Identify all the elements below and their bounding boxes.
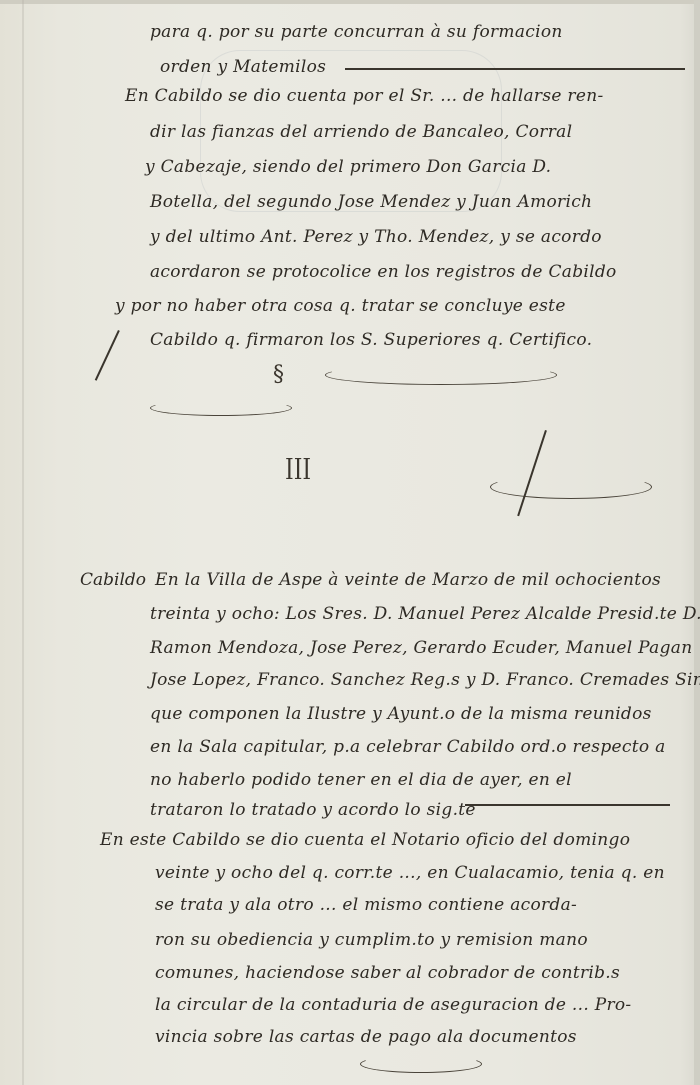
signature-flourish bbox=[490, 475, 652, 499]
text-line: comunes, haciendose saber al cobrador de… bbox=[155, 963, 620, 983]
text-line: Cabildo q. firmaron los S. Superiores q.… bbox=[150, 330, 592, 350]
text-line: ron su obediencia y cumplim.to y remisio… bbox=[155, 930, 588, 950]
text-line: Botella, del segundo Jose Mendez y Juan … bbox=[150, 192, 592, 212]
end-rule bbox=[345, 68, 685, 70]
signature-stroke bbox=[95, 330, 120, 381]
margin-label: Cabildo bbox=[80, 570, 146, 590]
text-line: acordaron se protocolice en los registro… bbox=[150, 262, 617, 282]
signature-stroke bbox=[517, 430, 547, 516]
text-line: y Cabezaje, siendo del primero Don Garci… bbox=[145, 157, 551, 177]
text-line: En Cabildo se dio cuenta por el Sr. ... … bbox=[125, 86, 604, 106]
manuscript-page: para q. por su parte concurran à su form… bbox=[0, 0, 700, 1085]
end-flourish bbox=[360, 1055, 482, 1073]
end-rule bbox=[465, 804, 670, 806]
text-line: vincia sobre las cartas de pago ala docu… bbox=[155, 1027, 577, 1047]
signature-flourish bbox=[325, 365, 557, 385]
rubric-mark: § bbox=[273, 362, 284, 387]
text-line: orden y Matemilos bbox=[160, 57, 326, 77]
page-top-edge bbox=[0, 0, 700, 4]
text-line: dir las fianzas del arriendo de Bancaleo… bbox=[150, 122, 572, 142]
text-line: en la Sala capitular, p.a celebrar Cabil… bbox=[150, 737, 666, 757]
rubric-mark: ꟾꟾꟾ bbox=[285, 460, 311, 485]
text-line: Jose Lopez, Franco. Sanchez Reg.s y D. F… bbox=[150, 670, 700, 690]
text-line: la circular de la contaduria de asegurac… bbox=[155, 995, 631, 1015]
text-line: En la Villa de Aspe à veinte de Marzo de… bbox=[155, 570, 661, 590]
text-line: Ramon Mendoza, Jose Perez, Gerardo Ecude… bbox=[150, 638, 692, 658]
text-line: trataron lo tratado y acordo lo sig.te bbox=[150, 800, 476, 820]
text-line: En este Cabildo se dio cuenta el Notario… bbox=[100, 830, 630, 850]
text-line: no haberlo podido tener en el dia de aye… bbox=[150, 770, 572, 790]
text-line: treinta y ocho: Los Sres. D. Manuel Pere… bbox=[150, 604, 700, 624]
text-line: veinte y ocho del q. corr.te ..., en Cua… bbox=[155, 863, 665, 883]
text-line: para q. por su parte concurran à su form… bbox=[150, 22, 563, 42]
signature-flourish bbox=[150, 400, 292, 416]
text-line: y por no haber otra cosa q. tratar se co… bbox=[115, 296, 566, 316]
text-line: que componen la Ilustre y Ayunt.o de la … bbox=[150, 704, 652, 724]
text-line: y del ultimo Ant. Perez y Tho. Mendez, y… bbox=[150, 227, 602, 247]
page-right-edge bbox=[694, 0, 700, 1085]
page-fold-line bbox=[22, 0, 24, 1085]
text-line: se trata y ala otro ... el mismo contien… bbox=[155, 895, 577, 915]
